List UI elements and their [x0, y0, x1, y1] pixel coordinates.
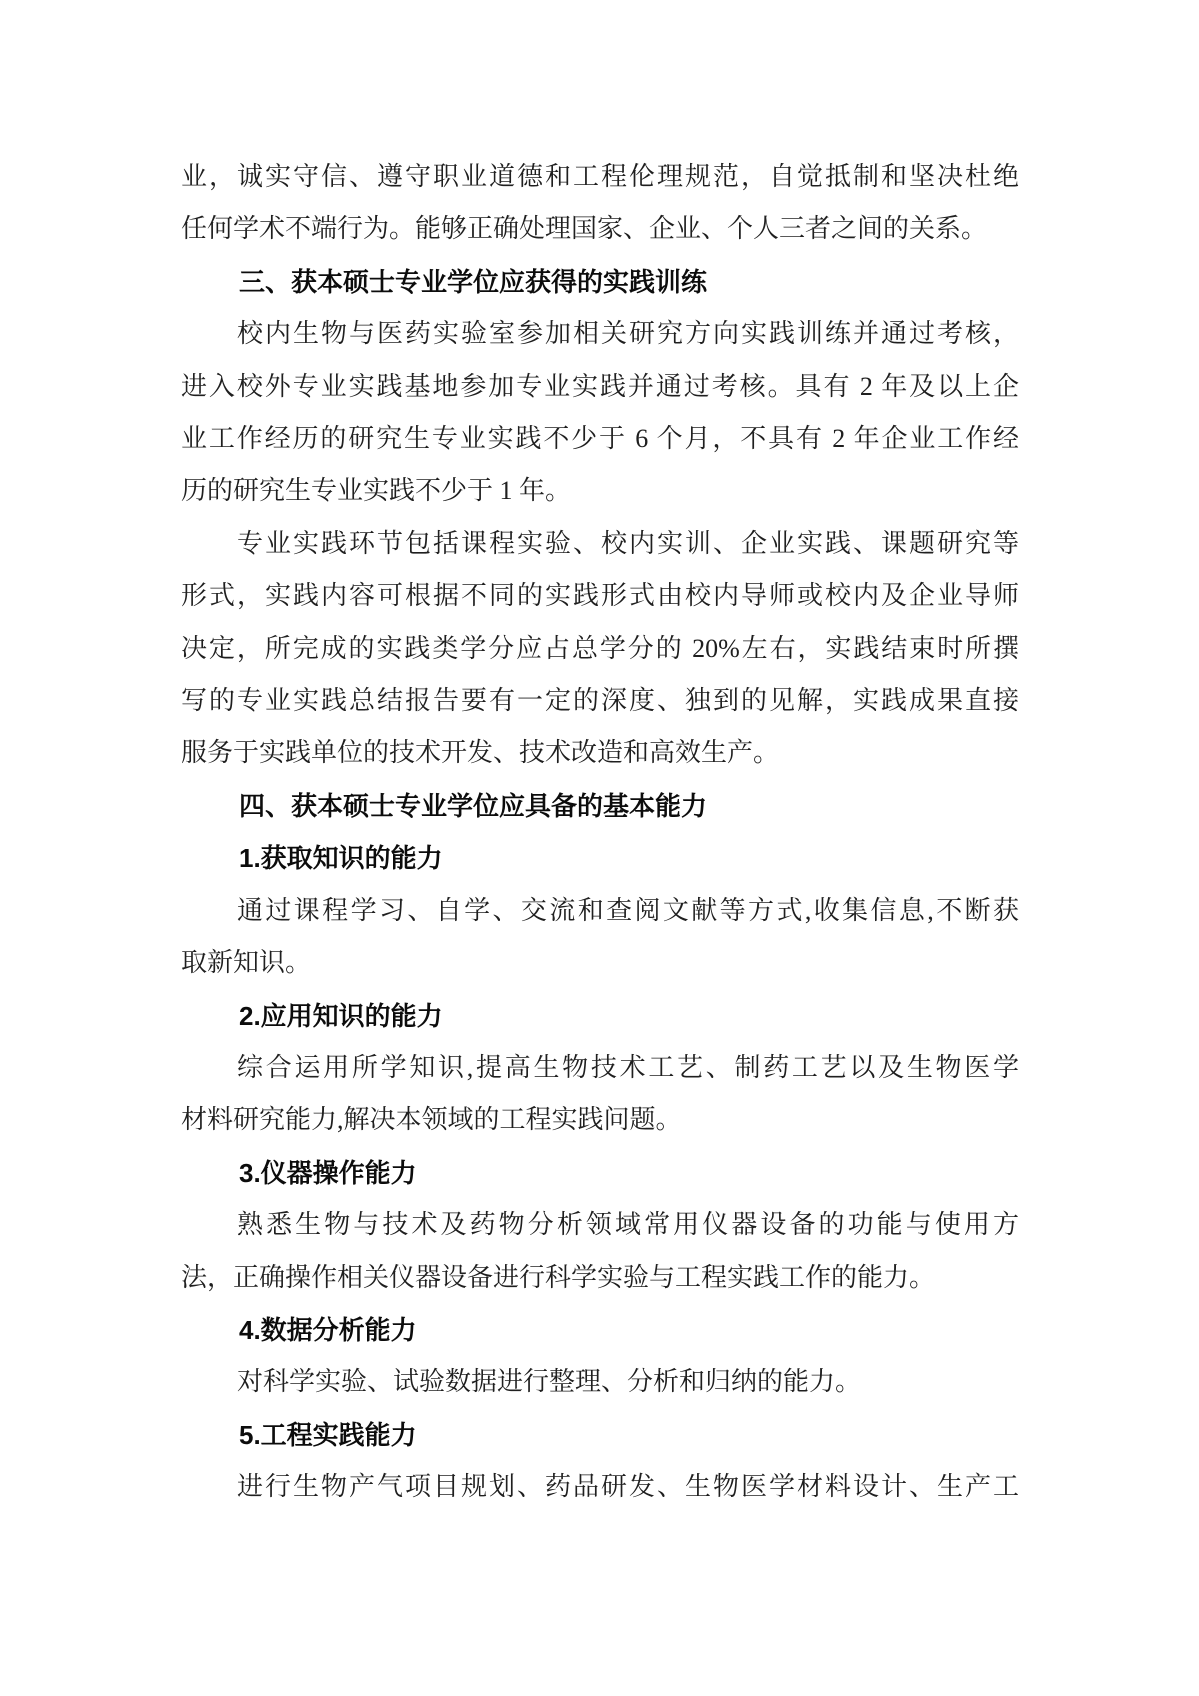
body-line: 业工作经历的研究生专业实践不少于 6 个月，不具有 2 年企业工作经 — [181, 413, 1019, 465]
body-line: 专业实践环节包括课程实验、校内实训、企业实践、课题研究等 — [181, 518, 1019, 570]
body-line: 法，正确操作相关仪器设备进行科学实验与工程实践工作的能力。 — [181, 1252, 1019, 1304]
subsection-4-heading: 4.数据分析能力 — [181, 1304, 1019, 1356]
body-line: 综合运用所学知识,提高生物技术工艺、制药工艺以及生物医学 — [181, 1042, 1019, 1094]
body-line: 写的专业实践总结报告要有一定的深度、独到的见解，实践成果直接 — [181, 675, 1019, 727]
body-line: 决定，所完成的实践类学分应占总学分的 20%左右，实践结束时所撰 — [181, 623, 1019, 675]
body-line: 取新知识。 — [181, 937, 1019, 989]
section-3-heading: 三、获本硕士专业学位应获得的实践训练 — [181, 256, 1019, 308]
subsection-5-heading: 5.工程实践能力 — [181, 1409, 1019, 1461]
subsection-1-heading: 1.获取知识的能力 — [181, 832, 1019, 884]
body-line: 任何学术不端行为。能够正确处理国家、企业、个人三者之间的关系。 — [181, 203, 1019, 255]
body-line: 材料研究能力,解决本领域的工程实践问题。 — [181, 1094, 1019, 1146]
document-page: 业，诚实守信、遵守职业道德和工程伦理规范，自觉抵制和坚决杜绝 任何学术不端行为。… — [0, 0, 1199, 1696]
body-line: 进入校外专业实践基地参加专业实践并通过考核。具有 2 年及以上企 — [181, 361, 1019, 413]
subsection-3-heading: 3.仪器操作能力 — [181, 1147, 1019, 1199]
body-line: 服务于实践单位的技术开发、技术改造和高效生产。 — [181, 727, 1019, 779]
body-line: 业，诚实守信、遵守职业道德和工程伦理规范，自觉抵制和坚决杜绝 — [181, 151, 1019, 203]
document-text-block: 业，诚实守信、遵守职业道德和工程伦理规范，自觉抵制和坚决杜绝 任何学术不端行为。… — [181, 151, 1019, 1514]
body-line: 通过课程学习、自学、交流和查阅文献等方式,收集信息,不断获 — [181, 885, 1019, 937]
subsection-2-heading: 2.应用知识的能力 — [181, 990, 1019, 1042]
body-line: 进行生物产气项目规划、药品研发、生物医学材料设计、生产工 — [181, 1461, 1019, 1513]
body-line: 熟悉生物与技术及药物分析领域常用仪器设备的功能与使用方 — [181, 1199, 1019, 1251]
body-line: 对科学实验、试验数据进行整理、分析和归纳的能力。 — [181, 1356, 1019, 1408]
body-line: 形式，实践内容可根据不同的实践形式由校内导师或校内及企业导师 — [181, 570, 1019, 622]
body-line: 历的研究生专业实践不少于 1 年。 — [181, 465, 1019, 517]
section-4-heading: 四、获本硕士专业学位应具备的基本能力 — [181, 780, 1019, 832]
body-line: 校内生物与医药实验室参加相关研究方向实践训练并通过考核， — [181, 308, 1019, 360]
